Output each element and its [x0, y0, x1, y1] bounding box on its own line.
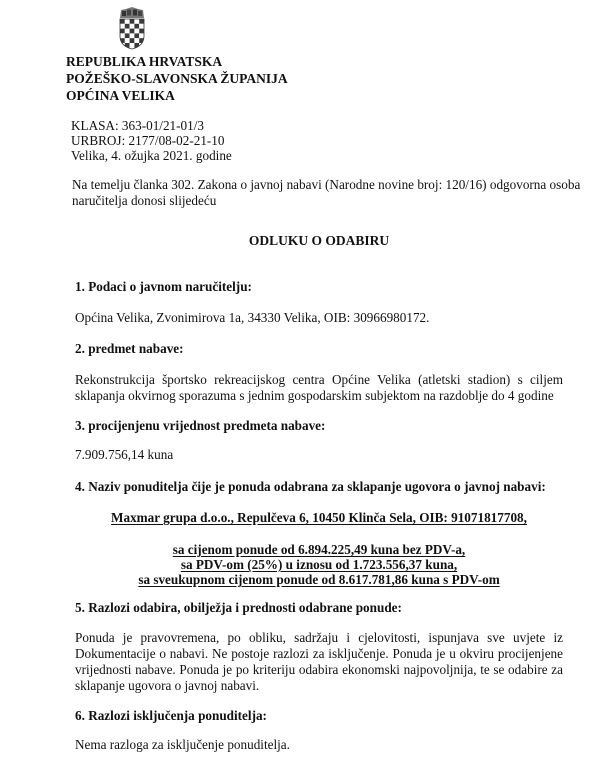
- vat-amount: sa PDV-om (25%) u iznosu od 1.723.556,37…: [75, 557, 563, 573]
- header-county: POŽEŠKO-SLAVONSKA ŽUPANIJA: [66, 70, 288, 87]
- section-1-body: Općina Velika, Zvonimirova 1a, 34330 Vel…: [75, 310, 429, 326]
- urbroj: URBROJ: 2177/08-02-21-10: [71, 133, 225, 148]
- estimated-value: 7.909.756,14 kuna: [75, 447, 173, 463]
- intro-line-2: naručitelja donosi slijedeću: [72, 193, 216, 209]
- header-municipality: OPĆINA VELIKA: [66, 87, 175, 104]
- section-2-heading: 2. predmet nabave:: [75, 341, 184, 357]
- section-5-body-line-4: sklapanje ugovora o javnoj nabavi.: [75, 678, 259, 694]
- selected-bidder: Maxmar grupa d.o.o., Repulčeva 6, 10450 …: [75, 510, 563, 526]
- section-4-heading: 4. Naziv ponuditelja čije je ponuda odab…: [75, 479, 546, 495]
- section-6-body: Nema razloga za isključenje ponuditelja.: [75, 737, 290, 753]
- header-republic: REPUBLIKA HRVATSKA: [66, 53, 222, 70]
- place-date: Velika, 4. ožujka 2021. godine: [71, 148, 232, 163]
- klasa: KLASA: 363-01/21-01/3: [71, 118, 204, 133]
- section-2-body-line-1: Rekonstrukcija športsko rekreacijskog ce…: [75, 372, 563, 388]
- section-3-heading: 3. procijenjenu vrijednost predmeta naba…: [75, 418, 325, 434]
- coat-of-arms-icon: [117, 6, 147, 50]
- section-1-heading: 1. Podaci o javnom naručitelju:: [75, 279, 252, 295]
- intro-line-1: Na temelju članka 302. Zakona o javnoj n…: [72, 177, 580, 193]
- bid-price-without-vat: sa cijenom ponude od 6.894.225,49 kuna b…: [75, 542, 563, 558]
- section-5-heading: 5. Razlozi odabira, obilježja i prednost…: [75, 600, 402, 616]
- section-5-body-line-3: vrijednosti nabave. Ponuda je po kriteri…: [75, 662, 563, 678]
- document-title: ODLUKU O ODABIRU: [75, 233, 563, 249]
- section-2-body-line-2: sklapanja okvirnog sporazuma s jednim go…: [75, 388, 554, 404]
- section-5-body-line-2: Dokumentacije o nabavi. Ne postoje razlo…: [75, 646, 563, 662]
- section-6-heading: 6. Razlozi isključenja ponuditelja:: [75, 708, 267, 724]
- total-price-with-vat: sa sveukupnom cijenom ponude od 8.617.78…: [75, 572, 563, 588]
- section-5-body-line-1: Ponuda je pravovremena, po obliku, sadrž…: [75, 630, 563, 646]
